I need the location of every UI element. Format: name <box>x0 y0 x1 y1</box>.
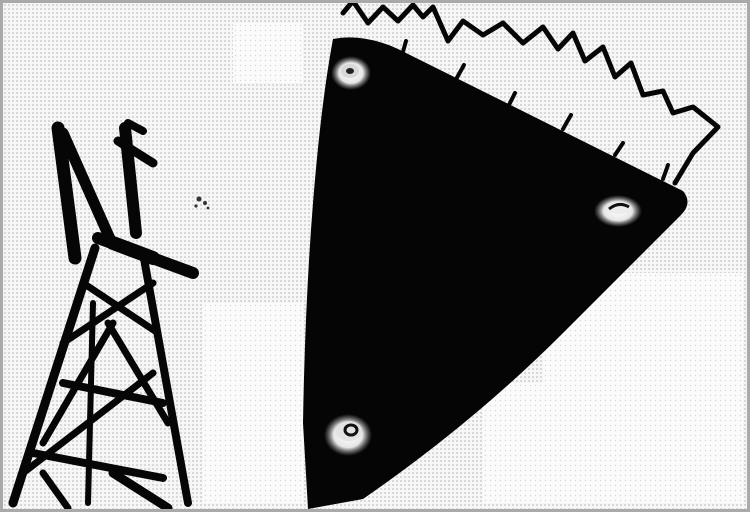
light-top <box>331 56 371 90</box>
illustration-frame <box>0 0 750 512</box>
illustration-canvas <box>3 3 747 509</box>
light-bottom <box>324 414 372 456</box>
light-right <box>594 195 642 227</box>
